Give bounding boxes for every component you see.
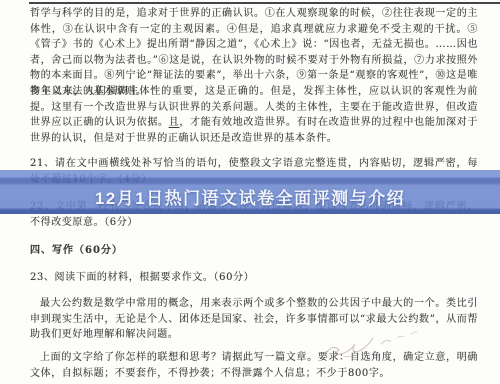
paragraph-subjectivity: 多年以来，人们强调主体性的重要，这是正确的。但是，发挥主体性，应以认识的客观性为… bbox=[30, 84, 478, 146]
exam-scan-page: 哲学与科学的目的是，追求对于世界的正确认识。①在人观察现象的时候，②往往表现一定… bbox=[0, 0, 500, 384]
fill-in-blank: 且 bbox=[169, 117, 180, 128]
promo-banner-title: 12月1日热门语文试卷全面评测与介绍 bbox=[95, 184, 405, 209]
pencil-scribble-mark bbox=[323, 328, 443, 362]
question-23: 23、阅读下面的材料，根据要求作文。（60分） bbox=[30, 270, 478, 286]
promo-banner-overlay: 12月1日热门语文试卷全面评测与介绍 bbox=[0, 170, 500, 214]
page-top-rule bbox=[29, 2, 500, 4]
section-heading-writing: 四、写作（60分） bbox=[30, 243, 478, 259]
